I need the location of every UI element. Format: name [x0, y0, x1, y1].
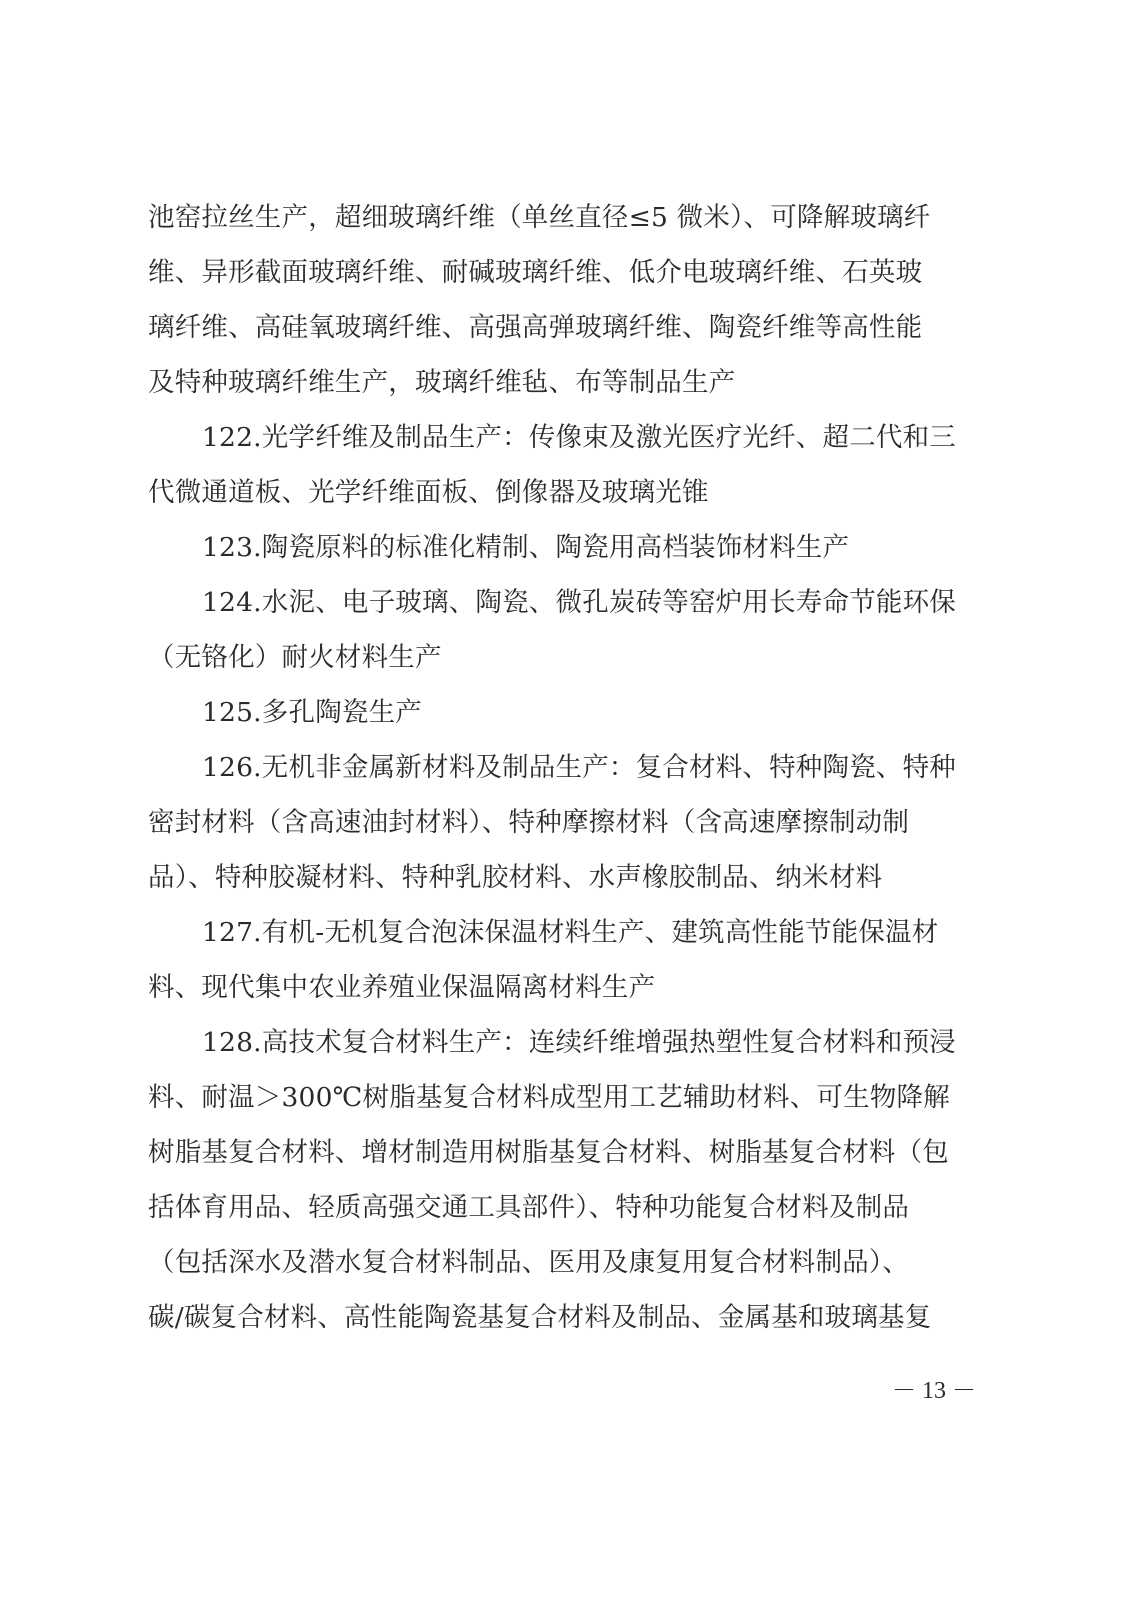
text-line: 料、耐温＞300℃树脂基复合材料成型用工艺辅助材料、可生物降解 [148, 1070, 972, 1125]
list-item-124: 124.水泥、电子玻璃、陶瓷、微孔炭砖等窑炉用长寿命节能环保 [148, 575, 972, 630]
list-item-123: 123.陶瓷原料的标准化精制、陶瓷用高档装饰材料生产 [148, 520, 972, 575]
text-line: 池窑拉丝生产，超细玻璃纤维（单丝直径≤5 微米）、可降解玻璃纤 [148, 190, 972, 245]
list-item-127: 127.有机-无机复合泡沫保温材料生产、建筑高性能节能保温材 [148, 905, 972, 960]
list-item-128: 128.高技术复合材料生产：连续纤维增强热塑性复合材料和预浸 [148, 1015, 972, 1070]
text-line: 碳/碳复合材料、高性能陶瓷基复合材料及制品、金属基和玻璃基复 [148, 1290, 972, 1345]
text-line: 及特种玻璃纤维生产，玻璃纤维毡、布等制品生产 [148, 355, 972, 410]
document-body: 池窑拉丝生产，超细玻璃纤维（单丝直径≤5 微米）、可降解玻璃纤 维、异形截面玻璃… [148, 190, 972, 1345]
text-line: 密封材料（含高速油封材料）、特种摩擦材料（含高速摩擦制动制 [148, 795, 972, 850]
text-line: 树脂基复合材料、增材制造用树脂基复合材料、树脂基复合材料（包 [148, 1125, 972, 1180]
text-line: （包括深水及潜水复合材料制品、医用及康复用复合材料制品）、 [148, 1235, 972, 1290]
text-line: 料、现代集中农业养殖业保温隔离材料生产 [148, 960, 972, 1015]
document-page: 池窑拉丝生产，超细玻璃纤维（单丝直径≤5 微米）、可降解玻璃纤 维、异形截面玻璃… [0, 0, 1131, 1600]
page-number: － 13 － [892, 1370, 976, 1405]
text-line: 代微通道板、光学纤维面板、倒像器及玻璃光锥 [148, 465, 972, 520]
text-line: 品）、特种胶凝材料、特种乳胶材料、水声橡胶制品、纳米材料 [148, 850, 972, 905]
text-line: 璃纤维、高硅氧玻璃纤维、高强高弹玻璃纤维、陶瓷纤维等高性能 [148, 300, 972, 355]
list-item-125: 125.多孔陶瓷生产 [148, 685, 972, 740]
text-line: （无铬化）耐火材料生产 [148, 630, 972, 685]
text-line: 括体育用品、轻质高强交通工具部件）、特种功能复合材料及制品 [148, 1180, 972, 1235]
list-item-122: 122.光学纤维及制品生产：传像束及激光医疗光纤、超二代和三 [148, 410, 972, 465]
list-item-126: 126.无机非金属新材料及制品生产：复合材料、特种陶瓷、特种 [148, 740, 972, 795]
text-line: 维、异形截面玻璃纤维、耐碱玻璃纤维、低介电玻璃纤维、石英玻 [148, 245, 972, 300]
